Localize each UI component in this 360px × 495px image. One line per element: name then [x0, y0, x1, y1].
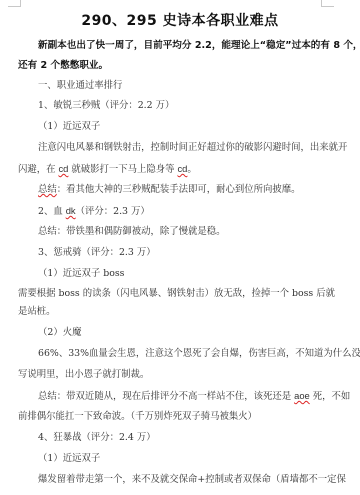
term-cd: cd	[177, 163, 187, 174]
item-3-sub-2: （2）火魔	[38, 327, 81, 339]
item-1-para: 注意闪电风暴和钢铁射击，控制时间正好超过你的破影闪避时间，出来就开	[38, 142, 347, 154]
item-3-para-2-cont: 写说明里，出小恩子就打制裁。	[18, 369, 149, 381]
item-1-heading: 1、敏锐三秒贼（评分：2.2 万）	[38, 100, 174, 112]
item-3-summary: 总结：带双近随从，现在后排评分不高一样站不住，该死还是 aoe 死，不如	[38, 390, 350, 403]
intro-line-2: 还有 2 个憋憋职业。	[18, 60, 108, 72]
intro-line-1: 新副本也出了快一周了，目前平均分 2.2，能理论上“稳定”过本的有 8 个，	[38, 40, 360, 52]
item-3-para-1-cont: 是站桩。	[18, 306, 56, 318]
item-2-heading: 2、血 dk（评分：2.3 万）	[38, 205, 150, 218]
item-3-para-2: 66%、33%血量会生恩，注意这个恩死了会自爆，伤害巨高，不知道为什么没	[38, 348, 360, 360]
term-cd: cd	[58, 163, 68, 174]
item-1-sub-1: （1）近远双子	[38, 121, 100, 133]
item-2-summary: 总结：带铁墨和偶防御被动，除了慢就是稳。	[38, 226, 226, 238]
item-1-para-cont: 闪避，在 cd 就破影打一下马上隐身等 cd。	[18, 163, 197, 176]
item-4-heading: 4、狂暴战（评分：2.4 万）	[38, 432, 156, 444]
item-3-sub-1: （1）近远双子 boss	[38, 268, 124, 280]
item-4-sub-1: （1）近远双子	[38, 453, 100, 465]
item-3-summary-cont: 前排偶尔能扛一下致命波。（千万别炸死双子骑马被集火）	[18, 411, 257, 423]
item-3-heading: 3、惩戒骑（评分：2.3 万）	[38, 247, 156, 259]
term-aoe: aoe	[294, 390, 310, 401]
crop-mark-top-left	[8, 0, 21, 7]
section-heading: 一、职业通过率排行	[38, 80, 122, 92]
term-dk: dk	[66, 205, 76, 216]
item-3-para-1: 需要根据 boss 的读条（闪电风暴、钢铁射击）放无敌，捡掉一个 boss 后就	[18, 288, 335, 300]
item-1-summary: 总结：看其他大神的三秒贼配装手法即可，耐心到位所向披靡。	[38, 184, 301, 196]
document-title: 290、295 史诗本各职业难点	[0, 10, 360, 30]
item-4-para-1: 爆发留着带走第一个，来不及就交保命+控制或者双保命（盾墙都不一定保	[38, 474, 346, 486]
crop-mark-top-right	[321, 0, 334, 7]
